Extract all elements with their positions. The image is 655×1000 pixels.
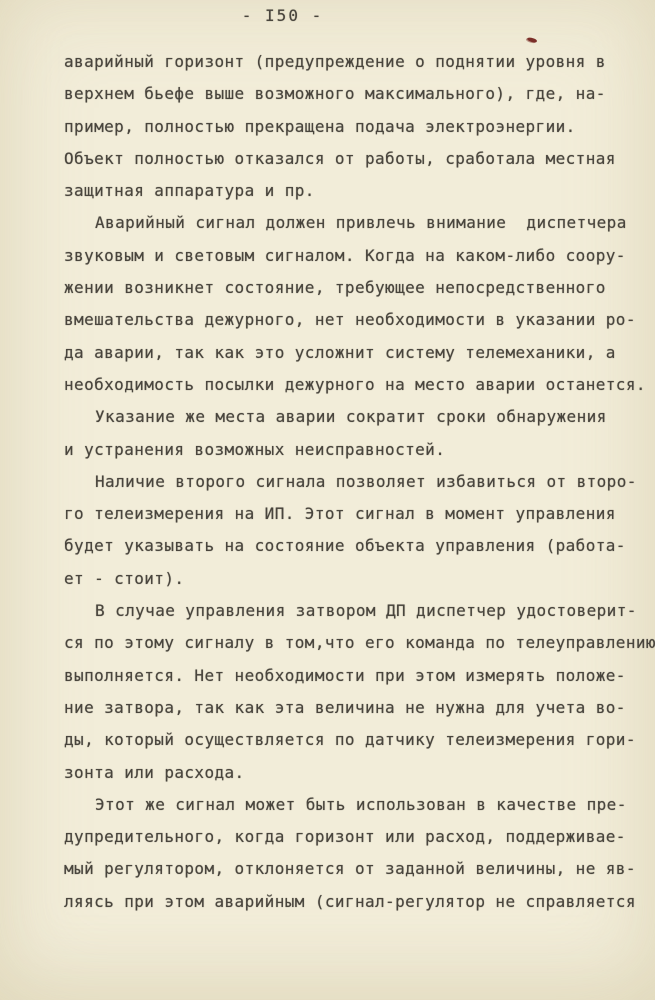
text-line: ет - стоит). [64,563,644,595]
text-line: ся по этому сигналу в том,что его команд… [64,627,644,659]
text-line: В случае управления затвором ДП диспетче… [64,595,644,627]
text-line: будет указывать на состояние объекта упр… [64,530,644,562]
page-number: - I50 - [0,6,610,25]
text-line: мый регулятором, отклоняется от заданной… [64,853,644,885]
text-line: жении возникнет состояние, требующее неп… [64,272,644,304]
text-line: Этот же сигнал может быть использован в … [64,789,644,821]
text-line: ды, который осуществляется по датчику те… [64,724,644,756]
text-line: верхнем бьефе выше возможного максимальн… [64,78,644,110]
text-line: ляясь при этом аварийным (сигнал-регулят… [64,886,644,918]
text-line: да аварии, так как это усложнит систему … [64,337,644,369]
text-line: го телеизмерения на ИП. Этот сигнал в мо… [64,498,644,530]
text-line: звуковым и световым сигналом. Когда на к… [64,240,644,272]
text-line: Аварийный сигнал должен привлечь внимани… [64,207,644,239]
text-line: вмешательства дежурного, нет необходимос… [64,304,644,336]
text-line: и устранения возможных неисправностей. [64,434,644,466]
ink-speck [527,37,538,44]
text-line: зонта или расхода. [64,757,644,789]
text-line: ние затвора, так как эта величина не нуж… [64,692,644,724]
text-line: выполняется. Нет необходимости при этом … [64,660,644,692]
text-line: Указание же места аварии сократит сроки … [64,401,644,433]
text-line: аварийный горизонт (предупреждение о под… [64,46,644,78]
text-line: защитная аппаратура и пр. [64,175,644,207]
text-line: Объект полностью отказался от работы, ср… [64,143,644,175]
text-line: пример, полностью прекращена подача элек… [64,111,644,143]
text-line: дупредительного, когда горизонт или расх… [64,821,644,853]
text-line: Наличие второго сигнала позволяет избави… [64,466,644,498]
document-page: - I50 - аварийный горизонт (предупрежден… [0,0,655,1000]
text-line: необходимость посылки дежурного на место… [64,369,644,401]
body-text: аварийный горизонт (предупреждение о под… [64,46,644,918]
